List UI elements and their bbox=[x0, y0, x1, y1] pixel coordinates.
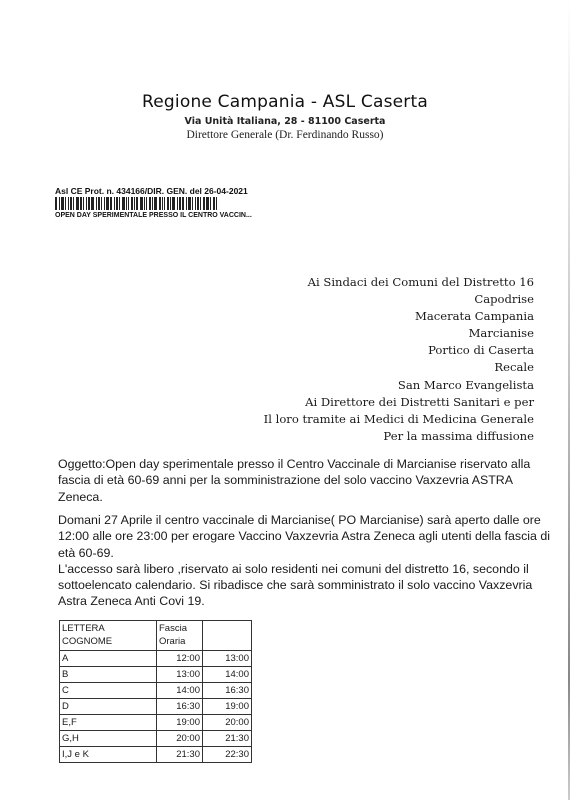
letterhead-address: Via Unità Italiana, 28 - 81100 Caserta bbox=[0, 116, 570, 127]
cell-letters: G,H bbox=[60, 731, 157, 747]
recipient-line: Capodrise bbox=[264, 291, 534, 308]
cell-to: 19:00 bbox=[203, 699, 252, 715]
schedule-header-row: LETTERACOGNOME FasciaOraria bbox=[60, 621, 252, 651]
table-row: E,F19:0020:00 bbox=[60, 715, 252, 731]
recipient-line: Ai Sindaci dei Comuni del Distretto 16 bbox=[264, 274, 534, 291]
recipient-line: Il loro tramite ai Medici di Medicina Ge… bbox=[264, 411, 534, 428]
cell-from: 14:00 bbox=[157, 683, 203, 699]
body-paragraph-2: L'accesso sarà libero ,riservato ai solo… bbox=[58, 561, 563, 610]
cell-to: 22:30 bbox=[203, 747, 252, 763]
cell-to: 21:30 bbox=[203, 731, 252, 747]
recipient-line: Recale bbox=[264, 359, 534, 376]
recipient-line: Macerata Campania bbox=[264, 308, 534, 325]
cell-letters: B bbox=[60, 667, 157, 683]
table-row: C14:0016:30 bbox=[60, 683, 252, 699]
cell-letters: A bbox=[60, 651, 157, 667]
recipient-line: San Marco Evangelista bbox=[264, 377, 534, 394]
protocol-number: Asl CE Prot. n. 434166/DIR. GEN. del 26-… bbox=[55, 186, 248, 196]
letterhead-title: Regione Campania - ASL Caserta bbox=[0, 92, 570, 112]
header-letter: LETTERACOGNOME bbox=[60, 621, 157, 651]
recipient-line: Portico di Caserta bbox=[264, 342, 534, 359]
cell-letters: D bbox=[60, 699, 157, 715]
cell-from: 16:30 bbox=[157, 699, 203, 715]
header-empty bbox=[203, 621, 252, 651]
cell-letters: E,F bbox=[60, 715, 157, 731]
cell-from: 19:00 bbox=[157, 715, 203, 731]
cell-from: 20:00 bbox=[157, 731, 203, 747]
cell-to: 14:00 bbox=[203, 667, 252, 683]
recipient-line: Marcianise bbox=[264, 325, 534, 342]
table-row: A12:0013:00 bbox=[60, 651, 252, 667]
letterhead-director: Direttore Generale (Dr. Ferdinando Russo… bbox=[0, 129, 570, 141]
subject: Oggetto:Open day sperimentale presso il … bbox=[58, 456, 558, 505]
recipients-block: Ai Sindaci dei Comuni del Distretto 16Ca… bbox=[264, 274, 534, 445]
body-text: Domani 27 Aprile il centro vaccinale di … bbox=[58, 512, 563, 610]
cell-to: 20:00 bbox=[203, 715, 252, 731]
table-row: I,J e K21:3022:30 bbox=[60, 747, 252, 763]
cell-letters: I,J e K bbox=[60, 747, 157, 763]
recipient-line: Per la massima diffusione bbox=[264, 428, 534, 445]
table-row: D16:3019:00 bbox=[60, 699, 252, 715]
table-row: G,H20:0021:30 bbox=[60, 731, 252, 747]
cell-letters: C bbox=[60, 683, 157, 699]
body-paragraph-1: Domani 27 Aprile il centro vaccinale di … bbox=[58, 512, 563, 561]
cell-from: 21:30 bbox=[157, 747, 203, 763]
header-time-slot: FasciaOraria bbox=[157, 621, 203, 651]
barcode bbox=[55, 197, 233, 210]
cell-from: 12:00 bbox=[157, 651, 203, 667]
cell-to: 16:30 bbox=[203, 683, 252, 699]
cell-to: 13:00 bbox=[203, 651, 252, 667]
recipient-line: Ai Direttore dei Distretti Sanitari e pe… bbox=[264, 394, 534, 411]
table-row: B13:0014:00 bbox=[60, 667, 252, 683]
schedule-table: LETTERACOGNOME FasciaOraria A12:0013:00B… bbox=[59, 620, 252, 763]
cell-from: 13:00 bbox=[157, 667, 203, 683]
barcode-caption: OPEN DAY SPERIMENTALE PRESSO IL CENTRO V… bbox=[55, 212, 252, 219]
